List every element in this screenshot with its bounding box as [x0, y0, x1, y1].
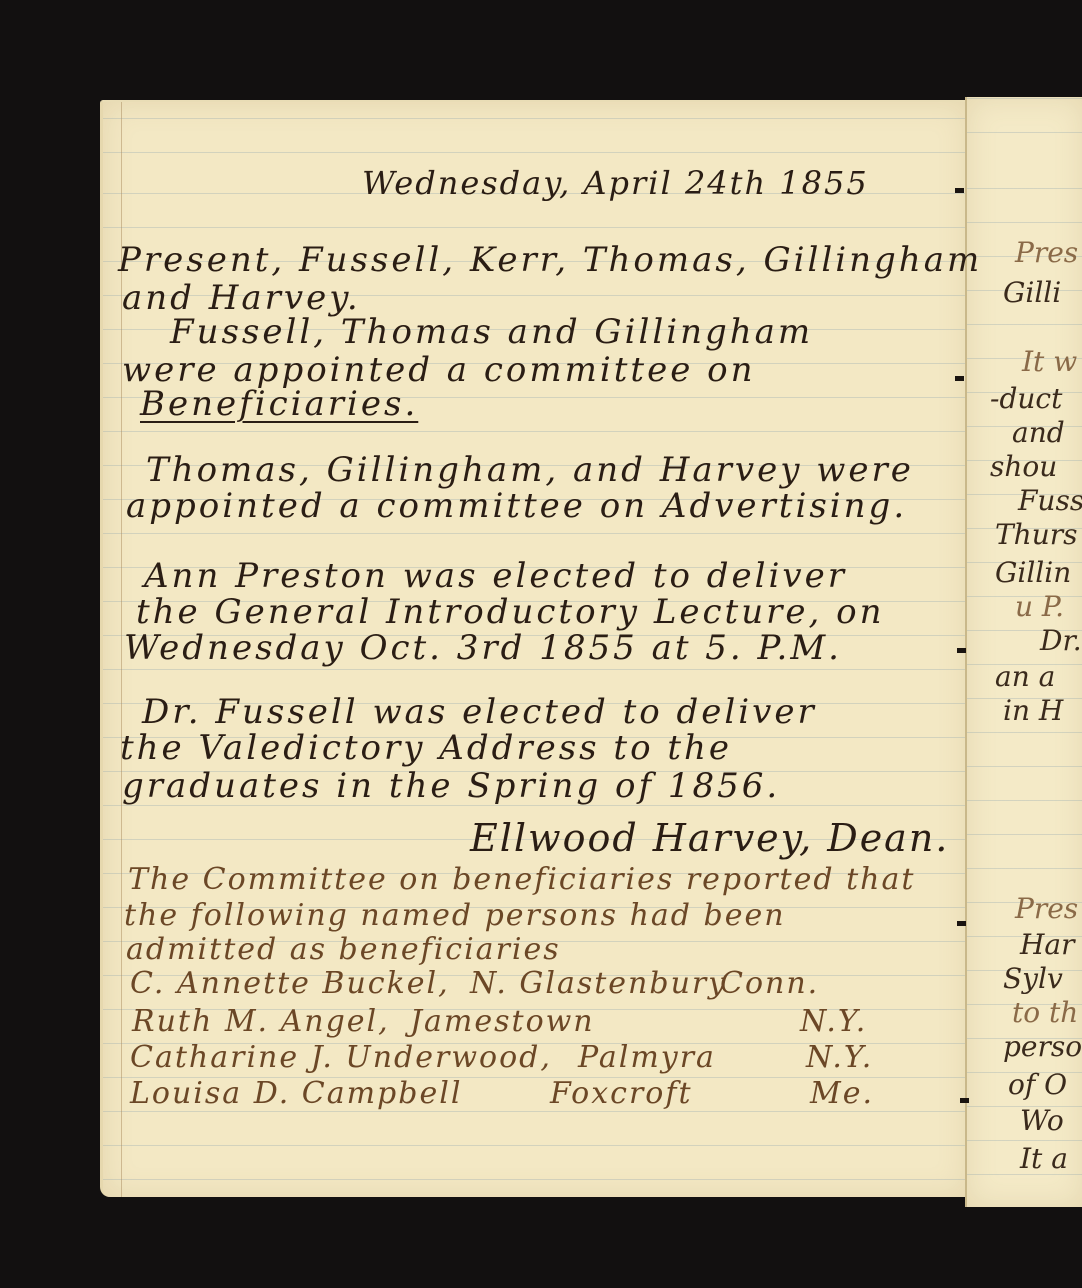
valedictory-line-1: Dr. Fussell was elected to deliver: [142, 692, 817, 732]
beneficiary-name: C. Annette Buckel,: [130, 966, 450, 1001]
binding-hole: [960, 1098, 969, 1103]
binding-hole: [957, 921, 966, 926]
right-fragment: Gillin: [995, 556, 1071, 589]
beneficiary-place: Foxcroft: [550, 1076, 693, 1111]
beneficiary-place: N. Glastenbury: [470, 966, 727, 1001]
valedictory-line-2: the Valedictory Address to the: [120, 728, 732, 768]
beneficiary-state: N.Y.: [800, 1004, 867, 1039]
right-fragment: Har: [1020, 928, 1075, 961]
right-fragment: Dr.: [1040, 624, 1082, 657]
committee-advertising-line-1: Thomas, Gillingham, and Harvey were: [146, 450, 914, 490]
beneficiary-state: N.Y.: [806, 1040, 873, 1075]
dean-signature: Ellwood Harvey, Dean.: [470, 816, 949, 860]
lecture-line-1: Ann Preston was elected to deliver: [144, 556, 847, 596]
committee-beneficiaries-line-1: Fussell, Thomas and Gillingham: [170, 312, 813, 352]
attendance-line-1: Present, Fussell, Kerr, Thomas, Gillingh…: [118, 240, 982, 280]
report-line-1: The Committee on beneficiaries reported …: [128, 862, 915, 897]
beneficiary-place: Palmyra: [578, 1040, 716, 1075]
right-fragment: shou: [990, 450, 1057, 483]
committee-advertising-line-2: appointed a committee on Advertising.: [126, 486, 907, 526]
date-heading: Wednesday, April 24th 1855: [362, 164, 869, 202]
binding-hole: [957, 648, 966, 653]
right-fragment: an a: [995, 660, 1055, 693]
beneficiary-name: Catharine J. Underwood,: [130, 1040, 552, 1075]
beneficiary-state: Me.: [810, 1076, 874, 1111]
beneficiary-state: Conn.: [720, 966, 819, 1001]
right-fragment: Pres: [1015, 236, 1078, 269]
binding-hole: [955, 188, 964, 193]
lecture-line-2: the General Introductory Lecture, on: [136, 592, 884, 632]
beneficiary-place: Jamestown: [410, 1004, 595, 1039]
valedictory-line-3: graduates in the Spring of 1856.: [122, 766, 780, 806]
right-fragment: It a: [1020, 1142, 1068, 1175]
binding-hole: [955, 376, 964, 381]
beneficiaries-heading: Beneficiaries.: [140, 384, 418, 424]
beneficiary-name: Louisa D. Campbell: [130, 1076, 462, 1111]
report-line-2: the following named persons had been: [124, 898, 786, 933]
beneficiary-name: Ruth M. Angel,: [132, 1004, 390, 1039]
lecture-line-3: Wednesday Oct. 3rd 1855 at 5. P.M.: [124, 628, 842, 668]
right-fragment: Sylv: [1003, 962, 1063, 995]
right-fragment: -duct: [990, 382, 1062, 415]
right-fragment: u P.: [1015, 590, 1064, 623]
right-fragment: Thurs: [995, 518, 1078, 551]
right-fragment: Gilli: [1003, 276, 1061, 309]
right-fragment: perso: [1003, 1030, 1082, 1063]
right-fragment: to th: [1012, 996, 1078, 1029]
right-fragment: and: [1012, 416, 1065, 449]
right-fragment: Wo: [1020, 1104, 1064, 1137]
right-fragment: Fuss: [1018, 484, 1082, 517]
right-fragment: in H: [1003, 694, 1063, 727]
report-line-3: admitted as beneficiaries: [126, 932, 561, 967]
right-fragment: It w: [1022, 345, 1077, 378]
right-fragment: of O: [1008, 1068, 1067, 1101]
right-fragment: Pres: [1015, 892, 1078, 925]
